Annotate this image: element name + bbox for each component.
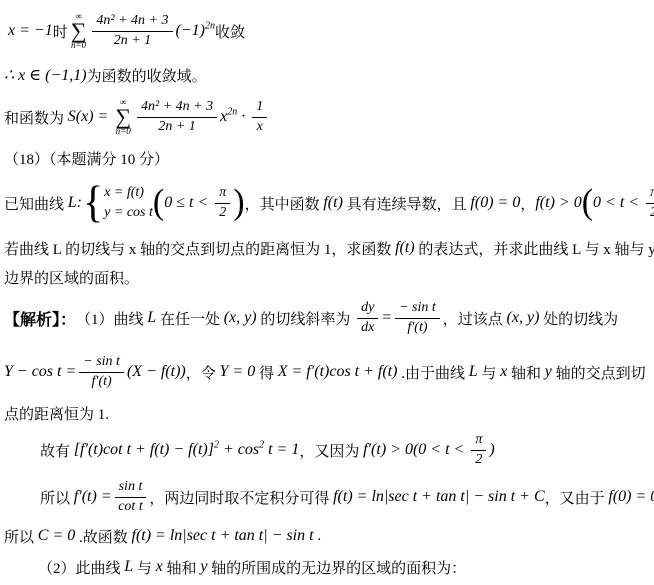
math-segment: L: [68, 194, 82, 212]
fraction: 4n² + 4n + 3 2n + 1 [137, 99, 217, 136]
parameter-range: ( 0 < t < π 2 ) [582, 185, 654, 222]
math-segment: f′(t) > 0(0 < t < [363, 441, 468, 459]
math-segment: x [500, 363, 507, 381]
math-segment: (x, y) [224, 309, 257, 327]
equation-x: x = f(t) [104, 183, 144, 203]
denominator: cot t [118, 498, 143, 516]
math-segment: ∴ x ∈ (−1,1) [4, 65, 87, 85]
summation: ∞ ∑ n=0 [71, 12, 87, 51]
math-segment: L [147, 309, 156, 327]
denominator: 2n + 1 [158, 118, 195, 136]
text-segment: ，两边同时取不定积分可得 [149, 487, 333, 508]
line-problem-statement: 若曲线 L 的切线与 x 轴的交点到切点的距离恒为 1，求函数 f(t) 的表达… [4, 234, 652, 262]
fraction: sin t cot t [115, 479, 147, 516]
fraction: π 2 [471, 432, 486, 469]
sigma-icon: ∑ [71, 21, 87, 42]
power-term: x2n [220, 108, 237, 126]
equals-sign: = [381, 309, 392, 327]
text-segment: 的表达式，并求此曲线 L 与 x 轴与 y 轴无 [415, 238, 654, 259]
math-segment: C = 0 [38, 527, 75, 545]
math-segment: f(t) = ln|sec t + tan t| − sin t [132, 527, 314, 545]
sigma-icon: ∑ [115, 107, 131, 128]
line-part-two: （2）此曲线 L 与 x 轴和 y 轴的所围成的无边界的区域的面积为： [4, 552, 652, 582]
multiplication-dot: · [237, 108, 249, 126]
math-segment: t = 1 [264, 441, 299, 458]
text-segment: 所以 [40, 487, 74, 508]
parametric-equations: { x = f(t) y = cos t [82, 182, 153, 224]
equation-y: y = cos t [104, 203, 153, 223]
math-segment: f(t) = ln|sec t + tan t| − sin t + C [333, 488, 545, 506]
line-squared-equation: 故有 [f′(t)cot t + f(t) − f(t)]2 + cos2 t … [4, 426, 652, 474]
text-segment: 所以 [4, 526, 38, 547]
denominator: 2 [650, 204, 654, 222]
math-segment: f(t) [323, 194, 343, 212]
line-integration: 所以 f′(t) = sin t cot t ，两边同时取不定积分可得 f(t)… [4, 474, 652, 520]
right-paren: ) [489, 441, 494, 459]
math-segment: S(x) = [68, 108, 113, 126]
math-segment: (X − f(t)) [127, 363, 186, 381]
text-segment: 轴和 [507, 362, 545, 383]
math-segment: f(0) = 0 [608, 488, 654, 506]
fraction: π 2 [215, 185, 230, 222]
math-segment: Y = 0 [220, 363, 256, 381]
math-segment: x = −1 [8, 22, 53, 40]
denominator: dx [361, 319, 374, 337]
text-segment: .故函数 [75, 526, 131, 547]
right-paren-icon: ) [233, 185, 244, 221]
math-expression: [f′(t)cot t + f(t) − f(t)]2 + cos2 t = 1 [74, 441, 300, 459]
text-segment: 故有 [40, 440, 74, 461]
denominator: 2 [219, 204, 226, 222]
text-segment: ，又因为 [299, 440, 363, 461]
math-segment: x [156, 558, 163, 576]
text-segment: 的切线斜率为 [257, 308, 355, 329]
text-segment: 已知曲线 [4, 193, 68, 214]
text-segment: . [314, 528, 322, 545]
text-segment: 具有连续导数，且 [343, 193, 471, 214]
exponent: 2n [227, 107, 237, 118]
text-segment: 点的距离恒为 1. [4, 403, 109, 424]
math-segment: y [545, 363, 552, 381]
problem-number-and-score: （18）（本题满分 10 分） [4, 148, 169, 169]
numerator: − sin t [395, 300, 440, 319]
left-paren-icon: ( [153, 185, 164, 221]
power-base: (−1) [176, 22, 205, 39]
text-segment: ，令 [186, 362, 220, 383]
line-curve-definition: 已知曲线 L: { x = f(t) y = cos t ( 0 ≤ t < π… [4, 172, 652, 234]
line-sum-function: 和函数为 S(x) = ∞ ∑ n=0 4n² + 4n + 3 2n + 1 … [4, 90, 652, 144]
math-segment: f(0) = 0 [470, 194, 520, 212]
parameter-range: ( 0 ≤ t < π 2 ) [153, 185, 245, 222]
text-segment: 处的切线为 [539, 308, 618, 329]
numerator: dy [357, 300, 378, 319]
line-tangent-equation: Y − cos t = − sin t f′(t) (X − f(t)) ，令 … [4, 344, 652, 400]
text-segment: （2）此曲线 [38, 557, 124, 578]
numerator: 4n² + 4n + 3 [92, 13, 172, 32]
line-convergence-domain: ∴ x ∈ (−1,1) 为函数的收敛域。 [4, 60, 652, 90]
text-segment: 在任一处 [156, 308, 224, 329]
math-segment: y [200, 558, 207, 576]
text-segment: 轴和 [163, 557, 201, 578]
math-segment: L [124, 558, 133, 576]
denominator: f′(t) [407, 319, 427, 337]
text-segment: 时 [53, 21, 68, 42]
line-problem-statement-cont: 边界的区域的面积。 [4, 262, 652, 292]
numerator: 4n² + 4n + 3 [137, 99, 217, 118]
math-segment: f(t) > 0 [535, 194, 581, 212]
math-solution-document: x = −1时 ∞ ∑ n=0 4n² + 4n + 3 2n + 1 (−1)… [4, 2, 652, 582]
text-segment: 和函数为 [4, 107, 68, 128]
math-segment: f(t) [395, 239, 415, 257]
text-segment: 收敛 [215, 21, 245, 42]
line-solution-slope: 【解析】： （1）曲线 L 在任一处 (x, y) 的切线斜率为 dy dx =… [4, 292, 652, 344]
numerator: π [215, 185, 230, 204]
text-segment: ， [520, 193, 535, 214]
fraction: dy dx [357, 300, 378, 337]
line-series-at-minus-one: x = −1时 ∞ ∑ n=0 4n² + 4n + 3 2n + 1 (−1)… [4, 2, 652, 60]
exponent: 2n [205, 21, 215, 32]
text-segment: 轴的所围成的无边界的区域的面积为： [207, 557, 466, 578]
summation: ∞ ∑ n=0 [115, 98, 131, 137]
text-segment: 得 [255, 362, 278, 383]
text-segment: ，过该点 [443, 308, 507, 329]
numerator: − sin t [79, 354, 124, 373]
fraction: − sin t f′(t) [79, 354, 124, 391]
text-segment: 与 [133, 557, 156, 578]
line-problem-heading: （18）（本题满分 10 分） [4, 144, 652, 172]
math-segment: 0 ≤ t < [164, 194, 212, 212]
text-segment: 边界的区域的面积。 [4, 267, 139, 288]
solution-label: 【解析】： [4, 307, 76, 330]
equation-stack: x = f(t) y = cos t [104, 183, 153, 224]
left-paren-icon: ( [582, 185, 593, 221]
fraction: 1 x [252, 99, 267, 136]
numerator: π [471, 432, 486, 451]
left-brace-icon: { [83, 181, 103, 225]
math-segment: X = f′(t)cos t + f(t) [278, 363, 398, 381]
math-segment: + cos [219, 441, 259, 458]
denominator: 2n + 1 [114, 32, 151, 50]
text-segment: 与 [478, 362, 501, 383]
denominator: x [257, 118, 263, 136]
numerator: π [646, 185, 654, 204]
math-segment: L [469, 363, 478, 381]
numerator: 1 [252, 99, 267, 118]
fraction: π 2 [646, 185, 654, 222]
text-segment: 若曲线 L 的切线与 x 轴的交点到切点的距离恒为 1，求函数 [4, 238, 395, 259]
denominator: f′(t) [92, 373, 112, 391]
text-segment: （1）曲线 [76, 308, 147, 329]
bracket-term: [f′(t)cot t + f(t) − f(t)] [74, 441, 214, 458]
math-segment: (x, y) [507, 309, 540, 327]
fraction: − sin t f′(t) [395, 300, 440, 337]
denominator: 2 [475, 451, 482, 469]
text-segment: ，又由于 [545, 487, 609, 508]
text-segment: ，其中函数 [245, 193, 324, 214]
line-distance-condition: 点的距离恒为 1. [4, 400, 652, 426]
text-segment: 轴的交点到切 [552, 362, 646, 383]
math-segment: 0 < t < [593, 194, 643, 212]
math-segment: f′(t) = [74, 488, 112, 506]
text-segment: 为函数的收敛域。 [87, 65, 207, 86]
power-term: (−1)2n [176, 22, 215, 40]
summation-lower-limit: n=0 [71, 41, 86, 50]
line-final-function: 所以 C = 0 .故函数 f(t) = ln|sec t + tan t| −… [4, 520, 652, 552]
numerator: sin t [115, 479, 147, 498]
fraction: 4n² + 4n + 3 2n + 1 [92, 13, 172, 50]
summation-lower-limit: n=0 [116, 127, 131, 136]
text-segment: .由于曲线 [397, 362, 468, 383]
math-segment: Y − cos t = [4, 363, 76, 381]
